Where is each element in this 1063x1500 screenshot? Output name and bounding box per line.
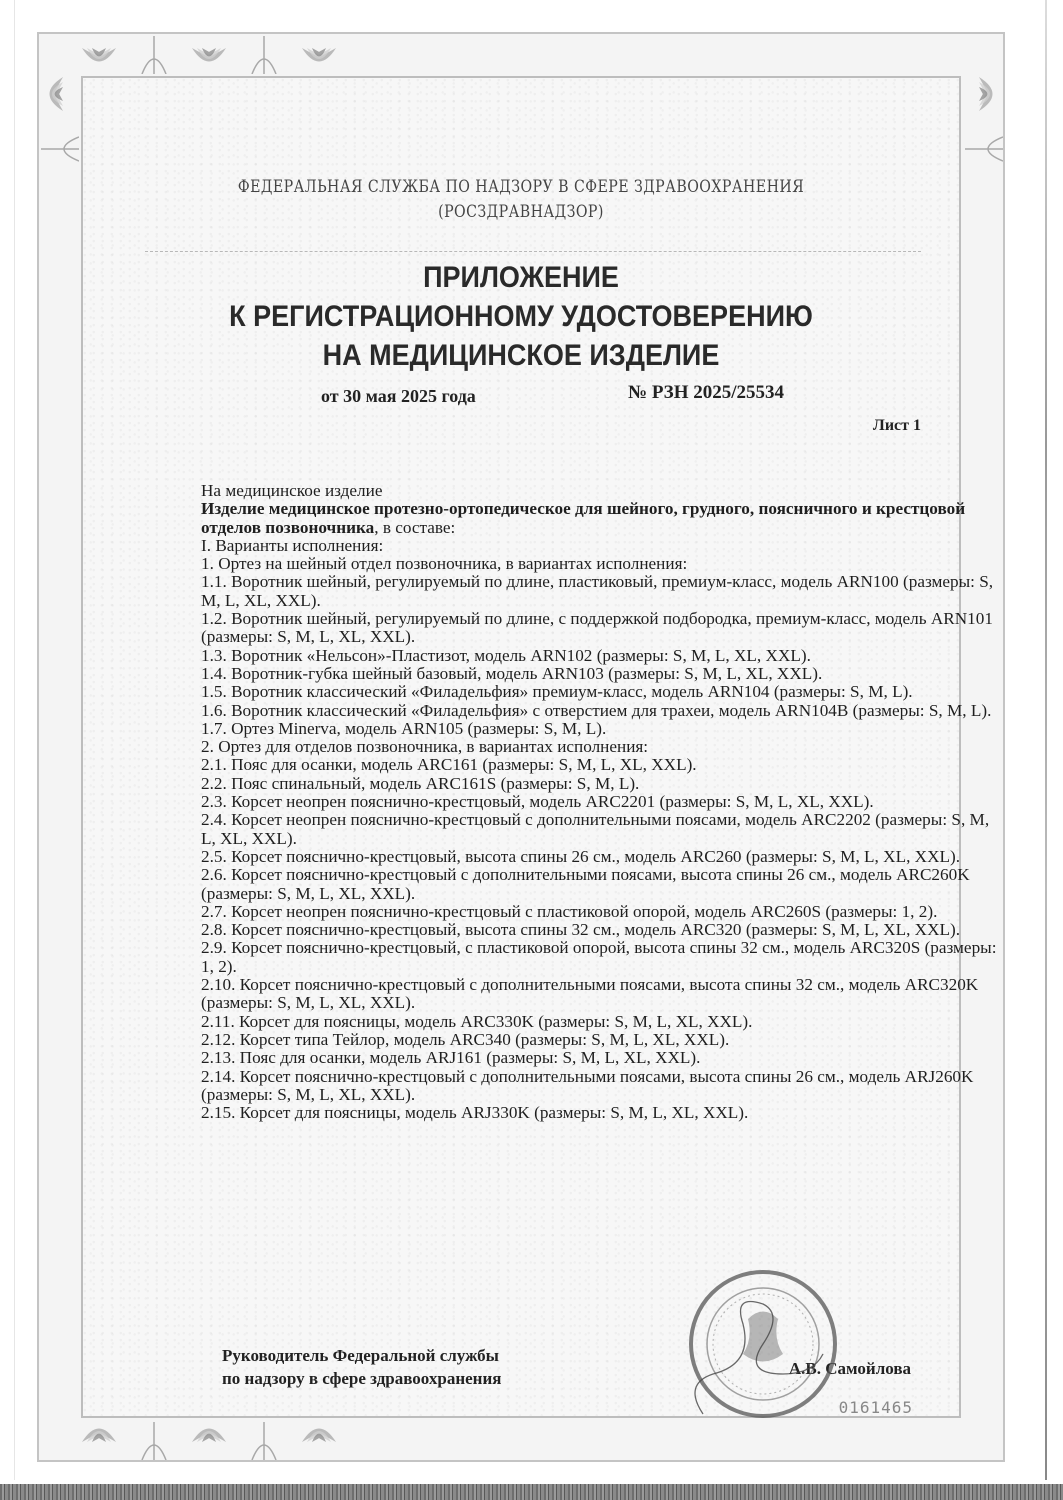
product-name: Изделие медицинское протезно-ортопедичес… [201, 500, 1001, 537]
variant-item: 2.15. Корсет для поясницы, модель ARJ330… [201, 1104, 1001, 1122]
variant-item: 2.2. Пояс спинальный, модель ARC161S (ра… [201, 775, 1001, 793]
variant-item: 1.4. Воротник-губка шейный базовый, моде… [201, 665, 1001, 683]
agency-header: ФЕДЕРАЛЬНАЯ СЛУЖБА ПО НАДЗОРУ В СФЕРЕ ЗД… [144, 174, 897, 224]
signer-name: А.В. Самойлова [789, 1359, 911, 1379]
variant-item: 1.7. Ортез Minerva, модель ARN105 (разме… [201, 720, 1001, 738]
signature-block: Руководитель Федеральной службы по надзо… [222, 1344, 501, 1390]
variant-item: 2.14. Корсет пояснично-крестцовый с допо… [201, 1068, 1001, 1105]
agency-abbreviation: (РОСЗДРАВНАДЗОР) [144, 199, 897, 224]
variant-item: 2. Ортез для отделов позвоночника, в вар… [201, 738, 1001, 756]
variant-list: I. Варианты исполнения:1. Ортез на шейны… [201, 537, 1001, 1123]
variant-item: 1.2. Воротник шейный, регулируемый по дл… [201, 610, 1001, 647]
agency-name: ФЕДЕРАЛЬНАЯ СЛУЖБА ПО НАДЗОРУ В СФЕРЕ ЗД… [144, 174, 897, 199]
variant-item: 2.10. Корсет пояснично-крестцовый с допо… [201, 976, 1001, 1013]
title-line: ПРИЛОЖЕНИЕ [127, 258, 915, 297]
variant-item: 2.1. Пояс для осанки, модель ARC161 (раз… [201, 756, 1001, 774]
signature-title: по надзору в сфере здравоохранения [222, 1367, 501, 1390]
document-body: На медицинское изделие Изделие медицинск… [201, 482, 1001, 1122]
variant-item: 2.6. Корсет пояснично-крестцовый с допол… [201, 866, 1001, 903]
registration-number: № РЗН 2025/25534 [628, 382, 784, 404]
content-panel: ФЕДЕРАЛЬНАЯ СЛУЖБА ПО НАДЗОРУ В СФЕРЕ ЗД… [81, 76, 961, 1418]
product-tail: , в составе: [374, 518, 455, 537]
lead-text: На медицинское изделие [201, 482, 1001, 500]
certificate-sheet: ФЕДЕРАЛЬНАЯ СЛУЖБА ПО НАДЗОРУ В СФЕРЕ ЗД… [37, 32, 1005, 1462]
variant-item: 1.5. Воротник классический «Филадельфия»… [201, 683, 1001, 701]
official-seal-icon [653, 1254, 853, 1454]
header-divider [145, 251, 921, 252]
title-line: НА МЕДИЦИНСКОЕ ИЗДЕЛИЕ [127, 336, 915, 375]
document-title: ПРИЛОЖЕНИЕ К РЕГИСТРАЦИОННОМУ УДОСТОВЕРЕ… [127, 258, 915, 375]
variant-item: 1.3. Воротник «Нельсон»-Пластизот, модел… [201, 647, 1001, 665]
variant-item: 2.7. Корсет неопрен пояснично-крестцовый… [201, 903, 1001, 921]
variant-item: 2.3. Корсет неопрен пояснично-крестцовый… [201, 793, 1001, 811]
variant-item: 2.4. Корсет неопрен пояснично-крестцовый… [201, 811, 1001, 848]
variant-item: I. Варианты исполнения: [201, 537, 1001, 555]
serial-number: 0161465 [839, 1398, 913, 1417]
variant-item: 1.1. Воротник шейный, регулируемый по дл… [201, 573, 1001, 610]
paper-edge-right [1045, 0, 1047, 1480]
background-floor [0, 1484, 1063, 1500]
variant-item: 2.9. Корсет пояснично-крестцовый, с плас… [201, 939, 1001, 976]
ornament-border-top [39, 34, 339, 74]
ornament-border-left [39, 34, 79, 184]
issue-date: от 30 мая 2025 года [321, 386, 476, 407]
variant-item: 1.6. Воротник классический «Филадельфия»… [201, 702, 1001, 720]
paper-edge-left [14, 0, 15, 1480]
variant-item: 2.5. Корсет пояснично-крестцовый, высота… [201, 848, 1001, 866]
ornament-border-right [963, 34, 1003, 184]
variant-item: 2.8. Корсет пояснично-крестцовый, высота… [201, 921, 1001, 939]
ornament-border-bottom [39, 1420, 339, 1460]
variant-item: 2.11. Корсет для поясницы, модель ARC330… [201, 1013, 1001, 1031]
sheet-number: Лист 1 [873, 417, 921, 435]
title-line: К РЕГИСТРАЦИОННОМУ УДОСТОВЕРЕНИЮ [127, 297, 915, 336]
variant-item: 2.13. Пояс для осанки, модель ARJ161 (ра… [201, 1049, 1001, 1067]
variant-item: 1. Ортез на шейный отдел позвоночника, в… [201, 555, 1001, 573]
variant-item: 2.12. Корсет типа Тейлор, модель ARC340 … [201, 1031, 1001, 1049]
product-title: Изделие медицинское протезно-ортопедичес… [201, 499, 965, 536]
signature-title: Руководитель Федеральной службы [222, 1344, 501, 1367]
